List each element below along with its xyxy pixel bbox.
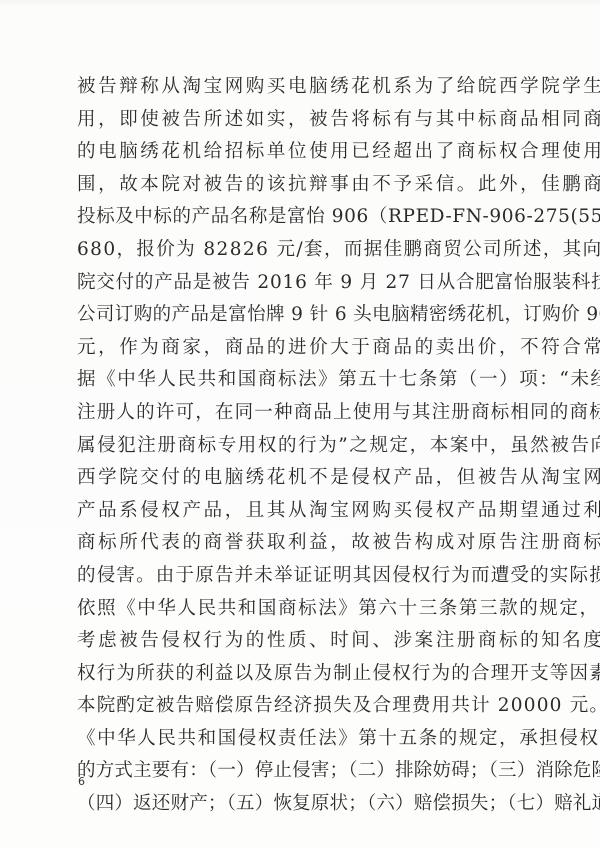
text-line: 依照《中华人民共和国商标法》第六十三条第三款的规定，综合: [77, 593, 537, 626]
text-line: 用，即使被告所述如实，被告将标有与其中标商品相同商标标识: [77, 104, 537, 137]
text-line: 的侵害。由于原告并未举证证明其因侵权行为而遭受的实际损失，: [77, 560, 537, 593]
text-line: 被告辩称从淘宝网购买电脑绣花机系为了给皖西学院学生培训使: [77, 71, 537, 104]
text-line: 元，作为商家，商品的进价大于商品的卖出价，不符合常理。根: [77, 332, 537, 365]
text-line: 的方式主要有：（一）停止侵害；（二）排除妨碍；（三）消除危险；: [77, 755, 537, 788]
text-line: 属侵犯注册商标专用权的行为”之规定，本案中，虽然被告向皖: [77, 430, 537, 463]
text-line: 围，故本院对被告的该抗辩事由不予采信。此外，佳鹏商贸公司: [77, 169, 537, 202]
text-line: 产品系侵权产品，且其从淘宝网购买侵权产品期望通过利用原告: [77, 495, 537, 528]
text-line: （四）返还财产；（五）恢复原状；（六）赔偿损失；（七）赔礼道: [77, 788, 537, 821]
document-body: 被告辩称从淘宝网购买电脑绣花机系为了给皖西学院学生培训使 用，即使被告所述如实，…: [77, 71, 537, 821]
text-line: 的电脑绣花机给招标单位使用已经超出了商标权合理使用的范: [77, 136, 537, 169]
document-page: 被告辩称从淘宝网购买电脑绣花机系为了给皖西学院学生培训使 用，即使被告所述如实，…: [0, 0, 600, 848]
text-line: 注册人的许可，在同一种商品上使用与其注册商标相同的商标的，: [77, 397, 537, 430]
text-line: 本院酌定被告赔偿原告经济损失及合理费用共计 20000 元。根据: [77, 690, 537, 723]
page-number: 6: [78, 775, 85, 788]
text-line: 据《中华人民共和国商标法》第五十七条第（一）项：“未经商标: [77, 364, 537, 397]
text-line: 考虑被告侵权行为的性质、时间、涉案注册商标的知名度、因侵: [77, 625, 537, 658]
text-line: 投标及中标的产品名称是富怡 906（RPED-FN-906-275(550+40…: [77, 201, 537, 234]
text-line: 商标所代表的商誉获取利益，故被告构成对原告注册商标专用权: [77, 527, 537, 560]
text-line: 西学院交付的电脑绣花机不是侵权产品，但被告从淘宝网购买的: [77, 462, 537, 495]
text-line: 《中华人民共和国侵权责任法》第十五条的规定，承担侵权责任: [77, 723, 537, 756]
text-line: 680，报价为 82826 元/套，而据佳鹏商贸公司所述，其向皖西学: [77, 234, 537, 267]
text-line: 公司订购的产品是富怡牌 9 针 6 头电脑精密绣花机，订购价 90000: [77, 299, 537, 332]
text-line: 权行为所获的利益以及原告为制止侵权行为的合理开支等因素，: [77, 658, 537, 691]
text-line: 院交付的产品是被告 2016 年 9 月 27 日从合肥富怡服装科技有限: [77, 267, 537, 300]
